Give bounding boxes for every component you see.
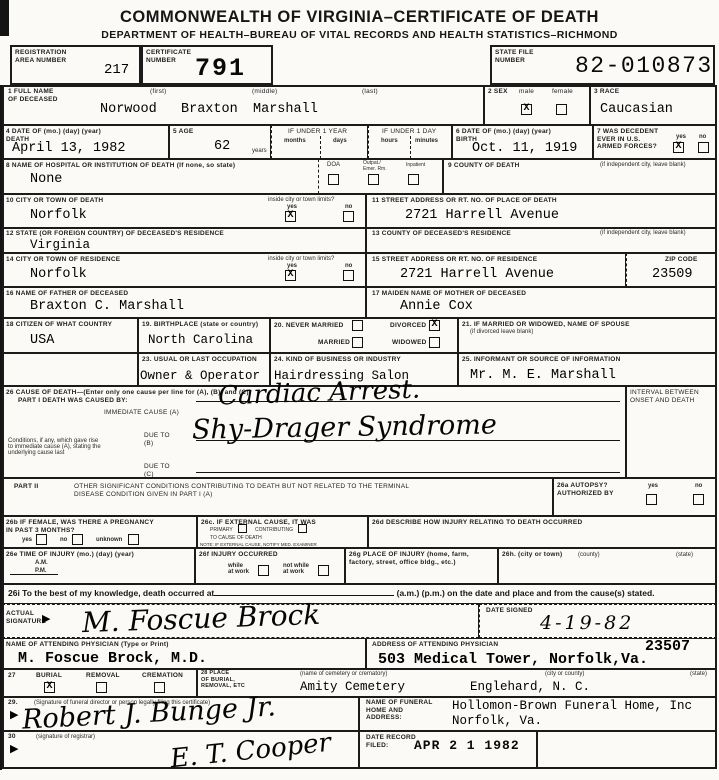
cemetery-value: Amity Cemetery <box>300 680 405 694</box>
birthplace-label: 19. BIRTHPLACE (state or country) <box>142 321 268 329</box>
hours-label: hours <box>381 138 398 144</box>
business-label: 24. KIND OF BUSINESS OR INDUSTRY <box>274 356 401 364</box>
city-death-no-checkbox <box>343 211 354 222</box>
autopsy-label: 26a AUTOPSY? AUTHORIZED BY <box>557 482 614 497</box>
race-value: Caucasian <box>600 102 673 117</box>
while-at-work-label: while at work <box>228 563 249 575</box>
burial-checkbox: X <box>44 682 55 693</box>
immediate-cause-label: IMMEDIATE CAUSE (A) <box>104 409 179 417</box>
state-residence-label: 12 STATE (OR FOREIGN COUNTRY) OF DECEASE… <box>6 230 224 238</box>
date-signed-label: DATE SIGNED <box>486 607 533 615</box>
time-of-injury-rule <box>10 574 58 575</box>
time-of-injury-label: 26e TIME OF INJURY (mo.) (day) (year) <box>6 551 134 559</box>
county-of-death-label: 9 COUNTY OF DEATH <box>448 162 520 170</box>
hospital-dashed-divider <box>318 159 319 194</box>
last-sublabel: (last) <box>362 88 378 96</box>
statement-prefix: 26i To the best of my knowledge, death o… <box>8 588 214 598</box>
pregnancy-no-checkbox <box>72 534 83 545</box>
inpatient-label: Inpatient <box>406 162 425 168</box>
autopsy-yes-checkbox <box>646 494 657 505</box>
registrar-label: (signature of registrar) <box>36 734 95 740</box>
under-1-year-divider <box>320 136 321 159</box>
sex-male-label: male <box>519 88 534 96</box>
burial-city-value: Englehard, N. C. <box>470 680 590 694</box>
due-to-b-label: DUE TO (B) <box>144 432 170 447</box>
pregnancy-yes-label: yes <box>22 537 32 543</box>
city-res-limits-label: inside city or town limits? <box>268 256 334 262</box>
part2-text: OTHER SIGNIFICANT CONDITIONS CONTRIBUTIN… <box>74 483 409 498</box>
last-name-value: Marshall <box>253 102 318 117</box>
father-value: Braxton C. Marshall <box>30 299 184 314</box>
first-name-value: Norwood <box>100 102 157 117</box>
funeral-home-city: Norfolk, Va. <box>452 714 542 728</box>
contributing-checkbox <box>298 524 307 533</box>
date-of-birth-value: Oct. 11, 1919 <box>472 141 577 156</box>
informant-value: Mr. M. E. Marshall <box>470 368 616 383</box>
registrar-arrow-icon: ▶ <box>10 742 18 755</box>
pregnancy-unknown-label: unknown <box>96 537 122 543</box>
age-value: 62 <box>214 139 230 154</box>
funeral-director-arrow-icon: ▶ <box>10 708 18 721</box>
contributing-label: CONTRIBUTING <box>255 527 293 533</box>
part2-label: PART II <box>14 483 38 491</box>
under-1-day-divider <box>410 136 411 159</box>
interval-label: INTERVAL BETWEEN ONSET AND DEATH <box>630 389 699 404</box>
certificate-number-label: CERTIFICATE NUMBER <box>146 49 191 64</box>
to-cause-label: TO CAUSE OF DEATH <box>210 535 262 541</box>
autopsy-yes-label: yes <box>648 483 658 489</box>
sex-male-checkbox: X <box>521 104 532 115</box>
funeral-director-number: 29. <box>8 699 18 707</box>
removal-label: REMOVAL <box>86 672 120 680</box>
middle-sublabel: (middle) <box>252 88 277 96</box>
registrar-number: 30 <box>8 733 16 741</box>
autopsy-no-checkbox <box>693 494 704 505</box>
physician-name-label: NAME OF ATTENDING PHYSICIAN (Type or Pri… <box>6 641 169 649</box>
city-residence-label: 14 CITY OR TOWN OF RESIDENCE <box>6 256 120 264</box>
city-of-death-value: Norfolk <box>30 208 87 223</box>
doa-checkbox <box>328 174 339 185</box>
armed-forces-no-checkbox <box>698 142 709 153</box>
injury-city-label: 26h. (city or town) <box>502 551 562 559</box>
state-file-value: 82-010873 <box>575 53 713 79</box>
sex-label: 2 SEX <box>488 88 508 96</box>
injury-county-label: (county) <box>578 552 600 558</box>
statement-suffix: (a.m.) (p.m.) on the date and place and … <box>397 588 655 598</box>
cell-blank-22 <box>2 353 138 386</box>
injury-state-label: (state) <box>676 552 693 558</box>
pregnancy-no-label: no <box>60 537 67 543</box>
certificate-number-value: 791 <box>195 54 246 83</box>
cause-line-c-rule <box>196 472 620 473</box>
age-unit-label: years <box>252 148 267 154</box>
injury-occurred-label: 26f INJURY OCCURRED <box>199 551 278 559</box>
age-label: 5 AGE <box>173 128 194 136</box>
certificate-title: COMMONWEALTH OF VIRGINIA–CERTIFICATE OF … <box>0 8 719 27</box>
hospital-value: None <box>30 172 62 187</box>
spouse-note: (if divorced leave blank) <box>470 329 533 335</box>
burial-state-note: (state) <box>690 671 707 677</box>
funeral-home-name: Hollomon-Brown Funeral Home, Inc <box>452 699 692 713</box>
under-1-day-label: IF UNDER 1 DAY <box>382 128 436 136</box>
physician-zip-value: 23507 <box>645 638 690 655</box>
date-signed-value: 4-19-82 <box>540 612 634 634</box>
days-label: days <box>333 138 347 144</box>
full-name-label: 1 FULL NAME OF DECEASED <box>8 88 58 103</box>
zip-label: ZIP CODE <box>665 256 698 264</box>
physician-address-label: ADDRESS OF ATTENDING PHYSICIAN <box>372 641 498 649</box>
city-of-death-label: 10 CITY OR TOWN OF DEATH <box>6 197 103 205</box>
signature-arrow-icon: ▶ <box>42 612 50 625</box>
outpat-emer-label: Outpat./ Emer. Rm. <box>363 160 387 172</box>
city-res-no-checkbox <box>343 270 354 281</box>
hospital-label: 8 NAME OF HOSPITAL OR INSTITUTION OF DEA… <box>6 162 235 170</box>
armed-forces-label: 7 WAS DECEDENT EVER IN U.S. ARMED FORCES… <box>597 128 658 151</box>
never-married-label: 20. NEVER MARRIED <box>274 322 344 330</box>
burial-city-note: (city or county) <box>545 671 584 677</box>
statement-blank <box>214 595 394 596</box>
state-file-label: STATE FILE NUMBER <box>495 49 534 64</box>
divorced-label: DIVORCED <box>390 322 426 330</box>
pregnancy-yes-checkbox <box>36 534 47 545</box>
date-filed-stamp: APR 2 1 1982 <box>414 738 520 753</box>
physician-name-value: M. Foscue Brock, M.D. <box>18 650 207 667</box>
never-married-checkbox <box>352 320 363 331</box>
months-label: months <box>284 138 306 144</box>
father-label: 16 NAME OF FATHER OF DECEASED <box>6 290 128 298</box>
funeral-home-label: NAME OF FUNERAL HOME AND ADDRESS: <box>366 699 433 722</box>
cremation-checkbox <box>154 682 165 693</box>
pregnancy-label: 26b IF FEMALE, WAS THERE A PREGNANCY IN … <box>6 519 154 534</box>
minutes-label: minutes <box>415 138 438 144</box>
cell-full-name <box>2 85 484 125</box>
burial-label: BURIAL <box>36 672 62 680</box>
cause-of-death-label: 26 CAUSE OF DEATH—(Enter only one cause … <box>6 389 251 397</box>
primary-checkbox <box>238 524 247 533</box>
not-while-at-work-checkbox <box>318 565 329 576</box>
race-label: 3 RACE <box>594 88 619 96</box>
registration-area-value: 217 <box>104 62 129 78</box>
street-of-death-value: 2721 Harrell Avenue <box>405 208 559 223</box>
inpatient-checkbox <box>408 174 419 185</box>
primary-label: PRIMARY <box>210 527 233 533</box>
occupation-label: 23. USUAL OR LAST OCCUPATION <box>142 356 268 364</box>
pregnancy-unknown-checkbox <box>128 534 139 545</box>
street-residence-label: 15 STREET ADDRESS OR RT. NO. OF RESIDENC… <box>372 256 537 264</box>
spouse-label: 21. IF MARRIED OR WIDOWED, NAME OF SPOUS… <box>462 321 630 329</box>
county-residence-note: (if independent city, leave blank) <box>600 230 686 236</box>
county-of-death-note: (if independent city, leave blank) <box>600 162 686 168</box>
certificate-subtitle: DEPARTMENT OF HEALTH–BUREAU OF VITAL REC… <box>0 29 719 41</box>
city-res-no-label: no <box>345 263 352 269</box>
external-cause-note: NOTE: IF EXTERNAL CAUSE, NOTIFY MED. EXA… <box>200 542 317 547</box>
place-of-injury-label: 26g PLACE OF INJURY (home, farm, factory… <box>349 551 469 566</box>
not-while-at-work-label: not while at work <box>283 563 309 575</box>
describe-injury-label: 26d DESCRIBE HOW INJURY RELATING TO DEAT… <box>372 519 582 527</box>
cause-line-b-value: Shy-Drager Syndrome <box>192 409 497 445</box>
widowed-checkbox <box>429 337 440 348</box>
burial-number: 27 <box>8 672 16 680</box>
city-death-limits-label: inside city or town limits? <box>268 197 334 203</box>
date-filed-label: DATE RECORD FILED: <box>366 734 416 749</box>
zip-value: 23509 <box>652 267 693 282</box>
doa-label: DOA <box>327 162 340 168</box>
armed-forces-no-label: no <box>699 134 706 140</box>
state-residence-value: Virginia <box>30 238 90 252</box>
citizen-label: 18 CITIZEN OF WHAT COUNTRY <box>6 321 134 329</box>
widowed-label: WIDOWED <box>392 339 427 347</box>
married-label: MARRIED <box>318 339 350 347</box>
citizen-value: USA <box>30 333 54 348</box>
physician-address-value: 503 Medical Tower, Norfolk,Va. <box>378 651 648 668</box>
burial-place-label: 28 PLACE OF BURIAL, REMOVAL, ETC <box>201 670 245 690</box>
street-of-death-label: 11 STREET ADDRESS OR RT. NO. OF PLACE OF… <box>372 197 557 205</box>
cemetery-note: (name of cemetery or crematory) <box>300 671 387 677</box>
informant-label: 25. INFORMANT OR SOURCE OF INFORMATION <box>462 356 621 364</box>
mother-label: 17 MAIDEN NAME OF MOTHER OF DECEASED <box>372 290 526 298</box>
part1-label: PART I DEATH WAS CAUSED BY: <box>18 397 128 405</box>
armed-forces-yes-checkbox: X <box>673 142 684 153</box>
pm-label: P.M. <box>35 568 47 574</box>
due-to-c-label: DUE TO (C) <box>144 463 170 478</box>
city-residence-value: Norfolk <box>30 267 87 282</box>
cremation-label: CREMATION <box>142 672 183 680</box>
under-1-year-label: IF UNDER 1 YEAR <box>288 128 347 136</box>
conditions-note: Conditions, if any, which gave rise to i… <box>8 438 101 456</box>
county-residence-label: 13 COUNTY OF DECEASED'S RESIDENCE <box>372 230 511 238</box>
city-death-no-label: no <box>345 204 352 210</box>
death-certificate-page: COMMONWEALTH OF VIRGINIA–CERTIFICATE OF … <box>0 0 719 780</box>
city-res-yes-checkbox: X <box>285 270 296 281</box>
city-death-yes-checkbox: X <box>285 211 296 222</box>
divorced-checkbox: X <box>429 320 440 331</box>
outpat-emer-checkbox <box>368 174 379 185</box>
am-label: A.M. <box>35 560 48 566</box>
actual-signature-label: ACTUAL SIGNATURE <box>6 610 46 625</box>
middle-name-value: Braxton <box>181 102 238 117</box>
birthplace-value: North Carolina <box>148 333 253 347</box>
street-residence-value: 2721 Harrell Avenue <box>400 267 554 282</box>
armed-forces-yes-label: yes <box>676 134 686 140</box>
sex-female-checkbox <box>556 104 567 115</box>
cell-bottom-blank <box>537 731 717 769</box>
statement-line: 26i To the best of my knowledge, death o… <box>8 588 655 598</box>
mother-value: Annie Cox <box>400 299 473 314</box>
autopsy-no-label: no <box>695 483 702 489</box>
date-of-death-value: April 13, 1982 <box>12 141 125 156</box>
married-checkbox <box>352 337 363 348</box>
removal-checkbox <box>96 682 107 693</box>
sex-female-label: female <box>552 88 573 96</box>
while-at-work-checkbox <box>258 565 269 576</box>
registration-area-label: REGISTRATION AREA NUMBER <box>15 49 67 64</box>
first-sublabel: (first) <box>150 88 167 96</box>
